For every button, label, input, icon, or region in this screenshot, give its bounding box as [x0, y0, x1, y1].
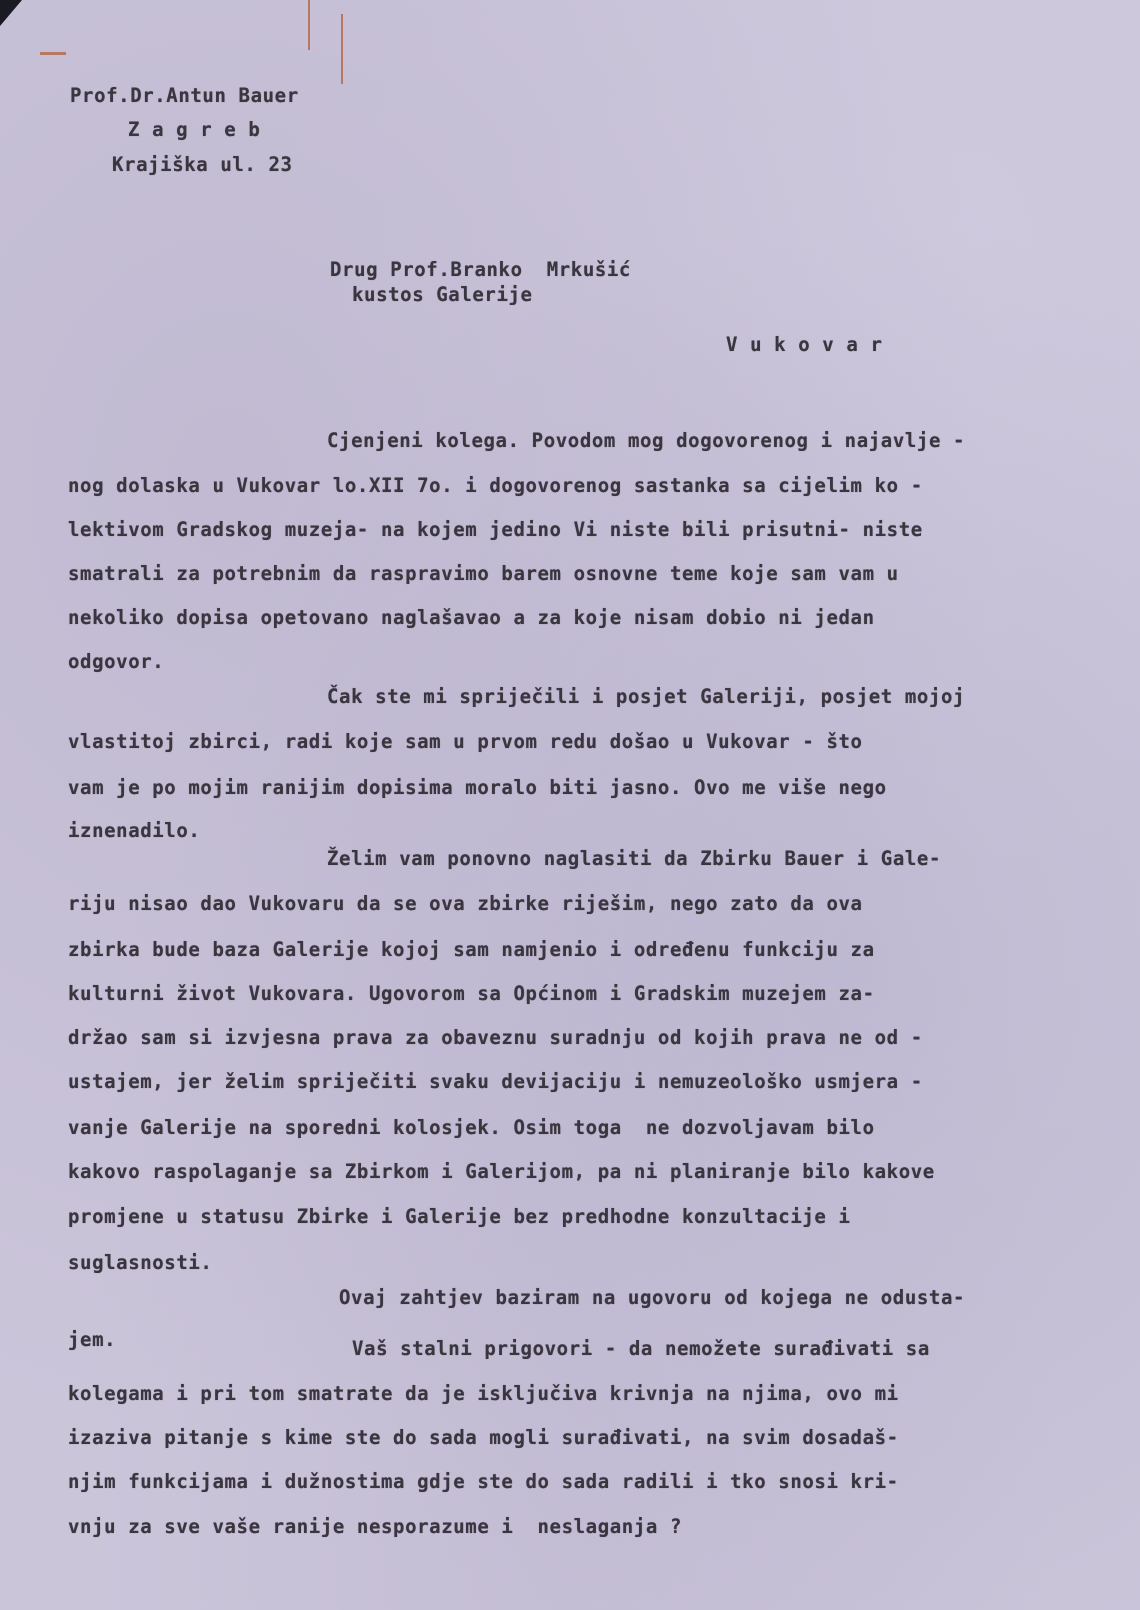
- sender-name: Prof.Dr.Antun Bauer: [70, 84, 299, 107]
- body-line: kakovo raspolaganje sa Zbirkom i Galerij…: [68, 1160, 935, 1183]
- body-line: vanje Galerije na sporedni kolosjek. Osi…: [68, 1116, 875, 1139]
- body-line: vnju za sve vaše ranije nesporazume i ne…: [68, 1515, 682, 1538]
- body-line: vlastitoj zbirci, radi koje sam u prvom …: [68, 730, 863, 753]
- body-line: jem.: [68, 1328, 116, 1351]
- rust-stain: [341, 14, 343, 84]
- rust-stain: [308, 0, 310, 50]
- body-line: Čak ste mi spriječili i posjet Galeriji,…: [327, 685, 965, 708]
- body-line: riju nisao dao Vukovaru da se ova zbirke…: [68, 892, 863, 915]
- sender-city: Z a g r e b: [128, 118, 260, 141]
- body-line: kolegama i pri tom smatrate da je isklju…: [68, 1382, 899, 1405]
- body-line: Želim vam ponovno naglasiti da Zbirku Ba…: [327, 847, 941, 870]
- body-line: suglasnosti.: [68, 1251, 212, 1274]
- body-line: iznenadilo.: [68, 819, 200, 842]
- body-line: zbirka bude baza Galerije kojoj sam namj…: [68, 938, 875, 961]
- recipient-city: V u k o v a r: [726, 333, 883, 356]
- body-line: smatrali za potrebnim da raspravimo bare…: [68, 562, 899, 585]
- body-line: ustajem, jer želim spriječiti svaku devi…: [68, 1070, 923, 1093]
- body-line: držao sam si izvjesna prava za obaveznu …: [68, 1026, 923, 1049]
- letter-page: Prof.Dr.Antun Bauer Z a g r e b Krajiška…: [0, 0, 1140, 1610]
- body-line: Vaš stalni prigovori - da nemožete surađ…: [352, 1337, 930, 1360]
- body-line: nog dolaska u Vukovar lo.XII 7o. i dogov…: [68, 474, 923, 497]
- body-line: Cjenjeni kolega. Povodom mog dogovorenog…: [327, 429, 965, 452]
- body-line: nekoliko dopisa opetovano naglašavao a z…: [68, 606, 875, 629]
- body-line: izaziva pitanje s kime ste do sada mogli…: [68, 1426, 899, 1449]
- body-line: Ovaj zahtjev baziram na ugovoru od kojeg…: [339, 1286, 965, 1309]
- recipient-line-1: Drug Prof.Branko Mrkušić: [330, 258, 631, 281]
- body-line: promjene u statusu Zbirke i Galerije bez…: [68, 1205, 851, 1228]
- body-line: lektivom Gradskog muzeja- na kojem jedin…: [68, 518, 923, 541]
- folded-corner: [0, 0, 22, 26]
- rust-stain: [40, 52, 66, 55]
- body-line: vam je po mojim ranijim dopisima moralo …: [68, 776, 887, 799]
- body-line: odgovor.: [68, 650, 164, 673]
- recipient-line-2: kustos Galerije: [352, 283, 533, 306]
- body-line: kulturni život Vukovara. Ugovorom sa Opć…: [68, 982, 875, 1005]
- sender-address: Krajiška ul. 23: [112, 153, 293, 176]
- body-line: njim funkcijama i dužnostima gdje ste do…: [68, 1470, 899, 1493]
